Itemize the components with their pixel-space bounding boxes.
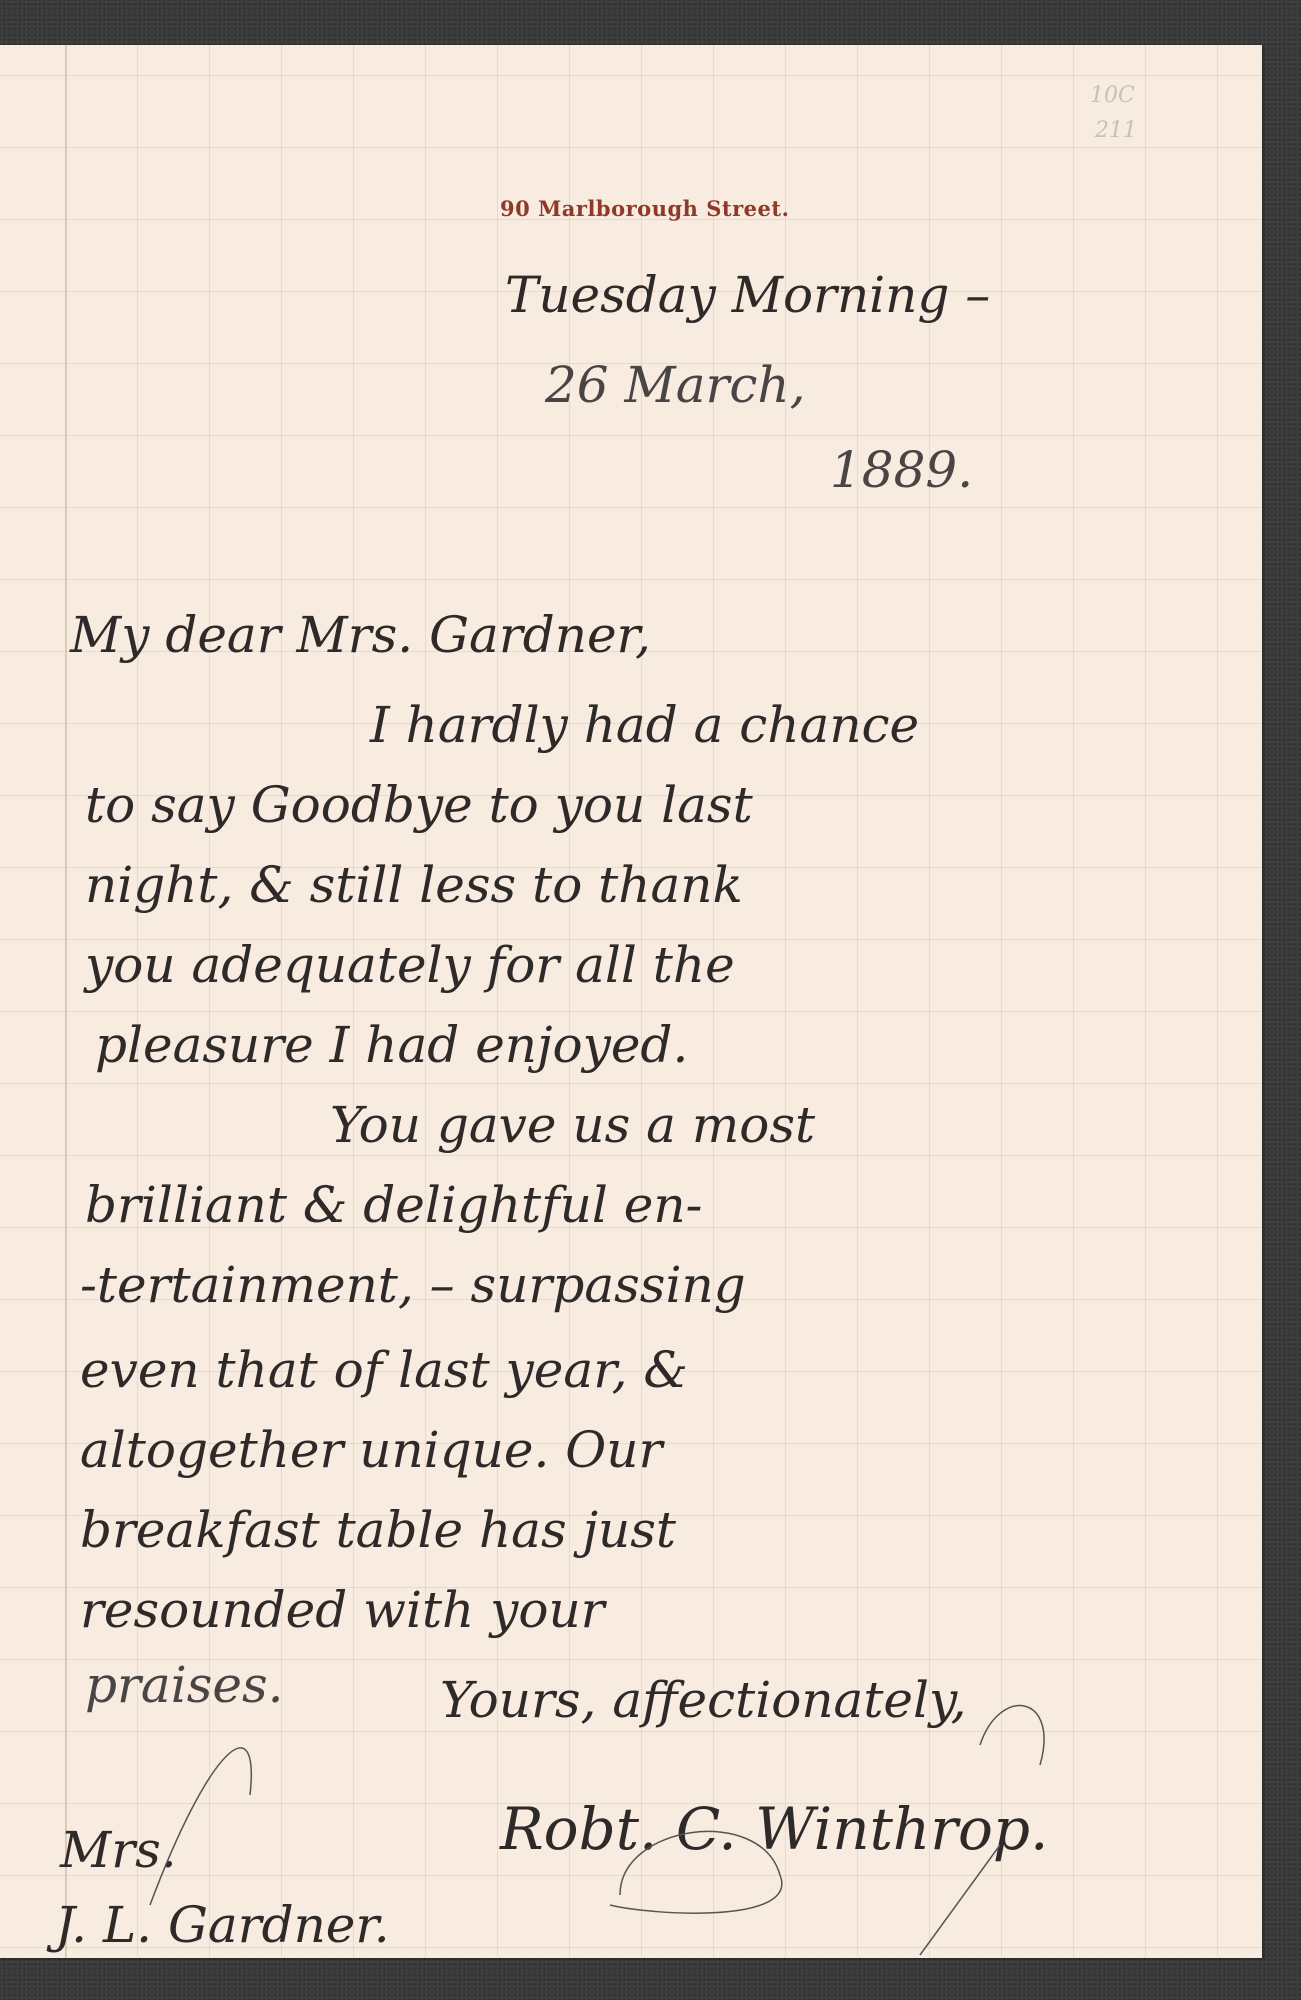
body-line: altogether unique. Our bbox=[80, 1425, 662, 1475]
body-line: I hardly had a chance bbox=[370, 700, 919, 750]
archive-mark-2: 211 bbox=[1095, 120, 1137, 142]
addressee-line-1: Mrs. bbox=[60, 1825, 177, 1875]
body-line: even that of last year, & bbox=[80, 1345, 688, 1395]
body-line: to say Goodbye to you last bbox=[85, 780, 753, 830]
signature: Robt. C. Winthrop. bbox=[500, 1800, 1048, 1858]
letter-sheet: 10C 211 90 Marlborough Street. Tuesday M… bbox=[0, 45, 1262, 1958]
dateline-year: 1889. bbox=[830, 445, 973, 495]
body-line: resounded with your bbox=[80, 1585, 605, 1635]
fold-line bbox=[65, 45, 67, 1958]
body-line: pleasure I had enjoyed. bbox=[95, 1020, 688, 1070]
body-line: You gave us a most bbox=[330, 1100, 815, 1150]
body-line: praises. bbox=[85, 1660, 284, 1710]
closing: Yours, affectionately, bbox=[440, 1675, 967, 1725]
dateline-date: 26 March, bbox=[545, 360, 806, 410]
body-line: you adequately for all the bbox=[85, 940, 735, 990]
salutation: My dear Mrs. Gardner, bbox=[70, 610, 651, 660]
addressee-line-2: J. L. Gardner. bbox=[55, 1900, 390, 1950]
dateline-day: Tuesday Morning – bbox=[505, 270, 990, 320]
body-line: -tertainment, – surpassing bbox=[80, 1260, 746, 1310]
body-line: breakfast table has just bbox=[80, 1505, 676, 1555]
archive-mark-1: 10C bbox=[1090, 85, 1135, 107]
letterhead-address: 90 Marlborough Street. bbox=[500, 196, 789, 221]
body-line: brilliant & delightful en- bbox=[85, 1180, 702, 1230]
body-line: night, & still less to thank bbox=[85, 860, 743, 910]
